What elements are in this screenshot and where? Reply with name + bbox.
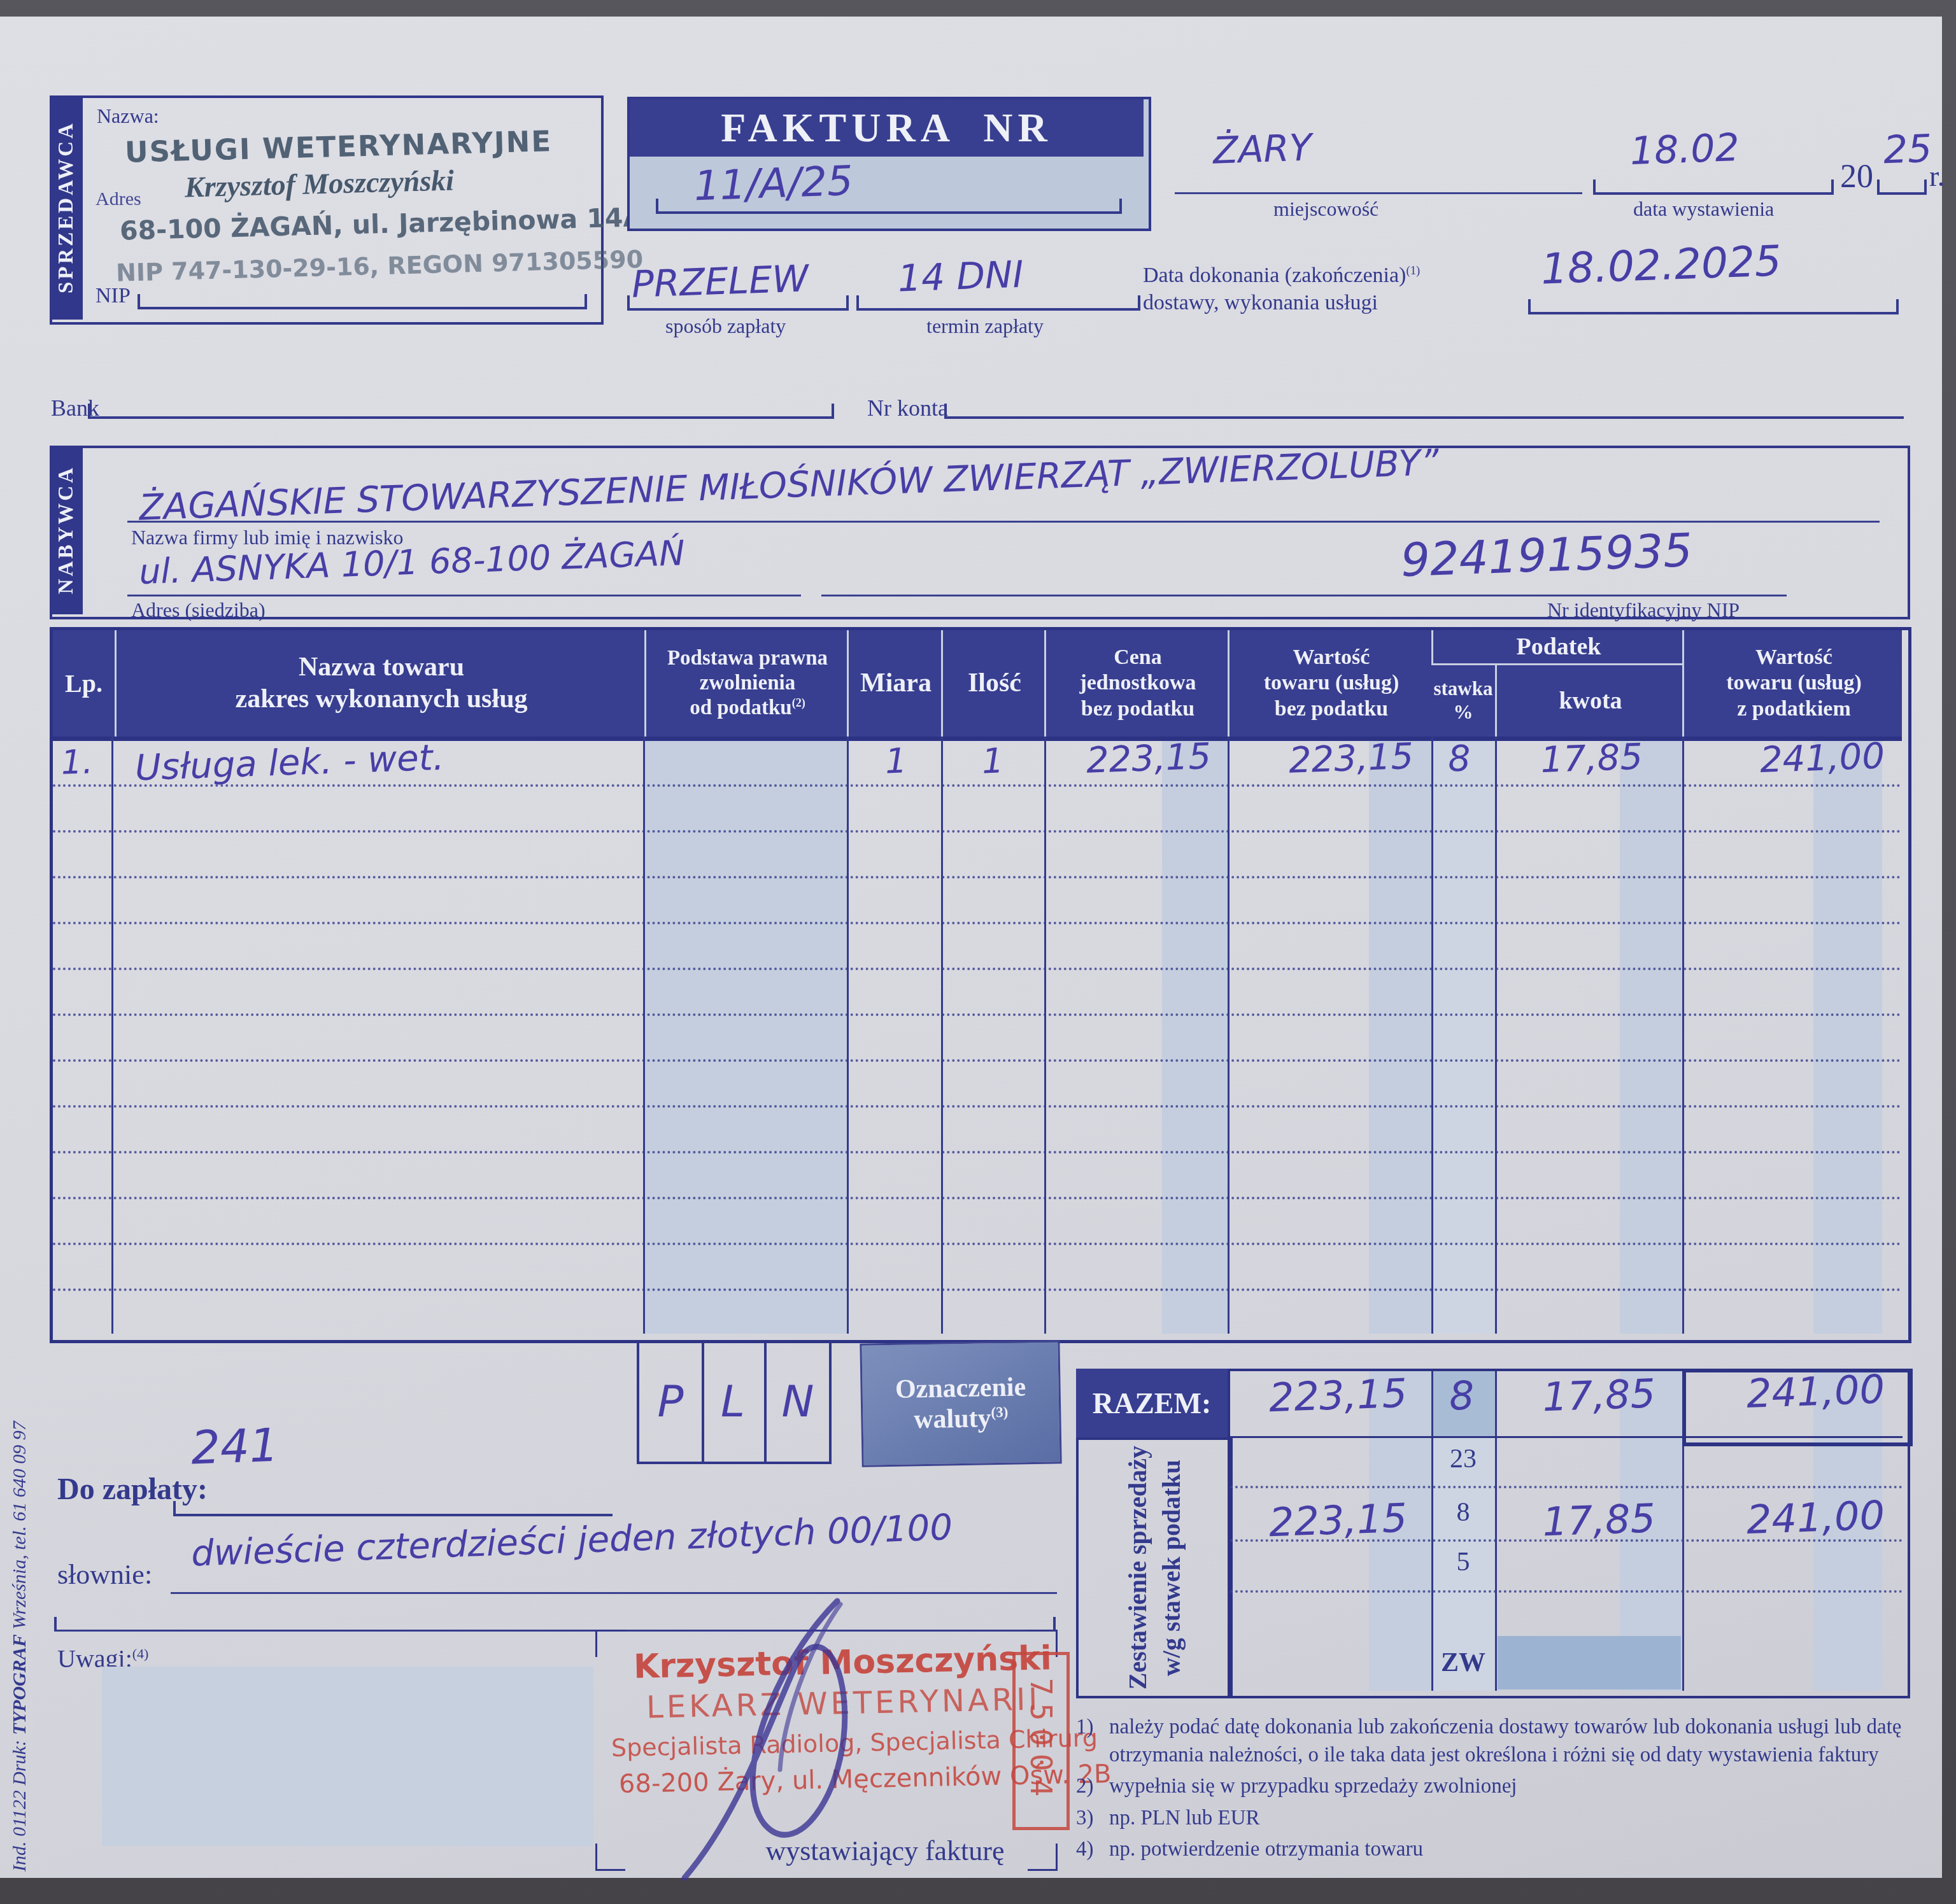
- miejscowosc-line: [1175, 153, 1582, 194]
- buyer-nip-label: Nr identyfikacyjny NIP: [1547, 598, 1740, 622]
- col-line: [111, 737, 113, 1334]
- razem-label: RAZEM:: [1093, 1386, 1212, 1420]
- row-line: [53, 965, 1902, 970]
- sposob-zaplaty-line: [627, 267, 849, 311]
- sum-col-line: [1431, 1371, 1433, 1691]
- footnote-ref-4: (4): [132, 1646, 149, 1661]
- col-header-nazwa: Nazwa towaru zakres wykonanych usług: [115, 630, 646, 737]
- razem-wartosc-bez: 223,15: [1247, 1370, 1408, 1422]
- footnote-ref-1: (1): [1406, 264, 1420, 278]
- currency-letter: N: [782, 1377, 814, 1427]
- zestawienie-label-1: Zestawienie sprzedaży: [1123, 1446, 1152, 1689]
- buyer-nip-line: [821, 593, 1787, 596]
- footnotes: 1) należy podać datę dokonania lub zakoń…: [1076, 1714, 1911, 1868]
- data-dokonania-line: [1528, 267, 1899, 314]
- vat-row-line: [1230, 1483, 1903, 1488]
- seller-adres-label: Adres: [96, 188, 141, 210]
- vet-stamp-number: 75004: [1024, 1678, 1058, 1804]
- sum-col-line: [1495, 1371, 1497, 1691]
- row-line: [53, 1057, 1902, 1062]
- item-row-miara: 1: [884, 740, 908, 781]
- col-header-wartosc-bez: Wartość towaru (usług) bez podatku: [1228, 630, 1433, 737]
- data-wystawienia-label: data wystawienia: [1633, 197, 1774, 221]
- col-line: [847, 737, 849, 1334]
- row-line: [53, 1011, 1902, 1016]
- nr-konta-line: [944, 382, 1904, 419]
- row-line: [53, 1286, 1902, 1291]
- col-line: [1495, 737, 1497, 1334]
- col-header-kwota: kwota: [1495, 665, 1684, 737]
- footnote-ref-2: (2): [792, 696, 805, 709]
- vat8-wartosc-z: 241,00: [1719, 1491, 1885, 1544]
- termin-zaplaty-line: [856, 267, 1140, 311]
- col-line: [643, 737, 645, 1334]
- vet-stamp-number-box: 75004: [1012, 1652, 1070, 1830]
- vat-rate-zw: ZW: [1431, 1647, 1495, 1678]
- item-row-wartosc-bez: 223,15: [1260, 736, 1414, 782]
- seller-nazwa-label: Nazwa:: [97, 104, 159, 128]
- vat-rate-23: 23: [1431, 1444, 1495, 1474]
- buyer-nip-value: 9241915935: [1400, 523, 1694, 587]
- col-header-cena: Cena jednostkowa bez podatku: [1044, 630, 1230, 737]
- row-line: [53, 1194, 1902, 1199]
- col-header-miara: Miara: [847, 630, 943, 737]
- zw-filled-cell: [1498, 1636, 1681, 1689]
- year-line: [1877, 159, 1927, 195]
- vat-row-line: [1230, 1588, 1903, 1593]
- buyer-address-line: [127, 593, 801, 596]
- currency-letter: L: [721, 1377, 745, 1427]
- vat8-wartosc-bez: 223,15: [1247, 1495, 1408, 1547]
- currency-letter-box-l: L: [702, 1342, 767, 1464]
- footnote-2: 2) wypełnia się w przypadku sprzedaży zw…: [1076, 1773, 1911, 1801]
- vat8-kwota: 17,85: [1515, 1495, 1656, 1546]
- col-header-podatek: Podatek: [1431, 630, 1684, 665]
- col-line: [1431, 737, 1433, 1334]
- col-header-lp: Lp.: [53, 630, 115, 737]
- buyer-name-line: [127, 519, 1880, 523]
- col-header-podstawa: Podstawa prawna zwolnienia od podatku(2): [644, 630, 849, 737]
- faktura-title-bar: FAKTURA NR: [630, 99, 1144, 157]
- footnote-ref-3: (3): [991, 1404, 1008, 1420]
- currency-letter-box-n: N: [767, 1342, 832, 1464]
- razem-stawka: 8: [1449, 1372, 1475, 1419]
- buyer-address-label: Adres (siedziba): [131, 598, 266, 622]
- data-dokonania-label: Data dokonania (zakończenia)(1) dostawy,…: [1143, 262, 1420, 316]
- buyer-bar-label: NABYWCA: [55, 465, 78, 594]
- oznaczenie-waluty-box: Oznaczenie waluty(3): [860, 1340, 1061, 1467]
- footnote-4: 4) np. potwierdzenie otrzymania towaru: [1076, 1836, 1911, 1864]
- razem-box: RAZEM:: [1076, 1369, 1228, 1437]
- col-line: [941, 737, 943, 1334]
- item-row-cena: 223,15: [1058, 736, 1212, 782]
- seller-bar-label: SPRZEDAWCA: [55, 121, 78, 293]
- wystawiajacy-caption: wystawiający fakturę: [732, 1835, 1038, 1867]
- seller-nip-line: [138, 260, 587, 309]
- col-line: [1228, 737, 1230, 1334]
- razem-wartosc-z: 241,00: [1719, 1365, 1885, 1418]
- do-zaplaty-value: 241: [190, 1418, 280, 1475]
- seller-nip-label: NIP: [96, 284, 131, 308]
- currency-letter-box-p: P: [637, 1342, 704, 1464]
- stamp-area-corner: [595, 1630, 625, 1657]
- row-line: [53, 1148, 1902, 1153]
- row-line: [53, 873, 1902, 878]
- col-header-ilosc: Ilość: [941, 630, 1046, 737]
- miejscowosc-label: miejscowość: [1273, 197, 1378, 221]
- row-line: [53, 1103, 1902, 1108]
- item-row-wartosc-z: 241,00: [1712, 735, 1885, 782]
- nr-konta-label: Nr konta: [867, 395, 948, 421]
- col-line: [1044, 737, 1046, 1334]
- item-row-kwota: 17,85: [1515, 737, 1643, 782]
- razem-kwota: 17,85: [1515, 1370, 1656, 1421]
- sposob-zaplaty-label: sposób zapłaty: [665, 314, 786, 338]
- year-suffix: r.: [1929, 159, 1945, 193]
- col-header-wartosc-z: Wartość towaru (usług) z podatkiem: [1682, 630, 1904, 737]
- data-wystawienia-line: [1593, 153, 1834, 195]
- invoice-number-line: [656, 172, 1122, 214]
- item-row-lp: 1.: [60, 743, 94, 782]
- zestawienie-box: Zestawienie sprzedaży w/g stawek podatku: [1076, 1437, 1233, 1698]
- row-line: [53, 1240, 1902, 1245]
- faktura-title: FAKTURA NR: [721, 104, 1052, 152]
- currency-letter: P: [657, 1377, 683, 1427]
- slownie-label: słownie:: [57, 1558, 152, 1591]
- uwagi-field: [102, 1667, 593, 1846]
- buyer-side-bar: NABYWCA: [50, 446, 83, 614]
- do-zaplaty-line: [173, 1474, 613, 1516]
- col-header-stawka: stawka %: [1431, 665, 1495, 737]
- col-line: [1682, 737, 1684, 1334]
- termin-zaplaty-label: termin zapłaty: [926, 314, 1044, 338]
- year-prefix: 20: [1840, 158, 1873, 195]
- row-line: [53, 828, 1902, 833]
- seller-stamp-line2: Krzysztof Moszczyński: [184, 163, 454, 204]
- printer-info: Ind. 01122 Druk: TYPOGRAF Września, tel.…: [9, 1260, 31, 1872]
- bank-line: [88, 382, 834, 419]
- item-row-ilosc: 1: [981, 740, 1005, 781]
- row-line: [53, 782, 1902, 787]
- vat-rate-5: 5: [1431, 1547, 1495, 1577]
- footnote-3: 3) np. PLN lub EUR: [1076, 1805, 1911, 1833]
- seller-side-bar: SPRZEDAWCA: [50, 95, 83, 320]
- stamp-area-corner: [595, 1844, 625, 1871]
- item-row-stawka: 8: [1447, 738, 1471, 780]
- row-line: [53, 919, 1902, 924]
- footnote-1: 1) należy podać datę dokonania lub zakoń…: [1076, 1714, 1911, 1769]
- vat-rate-8: 8: [1431, 1497, 1495, 1528]
- zestawienie-label-2: w/g stawek podatku: [1156, 1460, 1186, 1676]
